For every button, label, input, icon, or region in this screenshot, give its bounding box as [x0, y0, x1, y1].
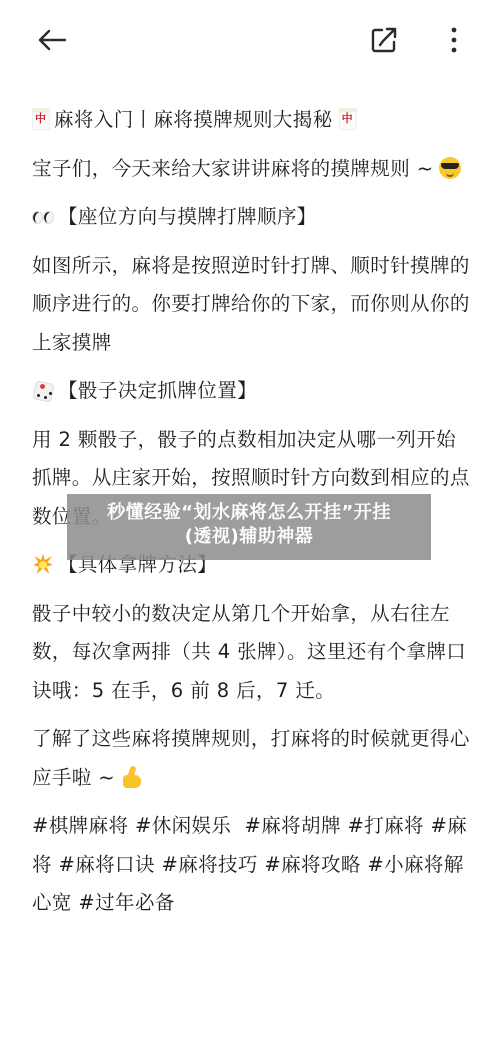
section-heading-text: 【骰子决定抓牌位置】 [58, 379, 257, 402]
hashtag[interactable]: #休闲娱乐 [135, 814, 231, 837]
more-options-button[interactable] [436, 22, 472, 58]
section-heading: 【骰子决定抓牌位置】 [32, 372, 472, 411]
section-body: 如图所示，麻将是按照逆时针打牌、顺时针摸牌的顺序进行的。你要打牌给你的下家，而你… [32, 247, 472, 363]
post-intro: 宝子们，今天来给大家讲讲麻将的摸牌规则 ~ [32, 150, 472, 189]
top-app-bar [0, 0, 500, 80]
dice-icon [32, 379, 54, 401]
hashtag[interactable]: #过年必备 [78, 891, 174, 914]
section-heading-text: 【座位方向与摸牌打牌顺序】 [58, 205, 317, 228]
share-button[interactable] [366, 22, 402, 58]
overlay-banner: 秒懂经验“划水麻将怎么开挂”开挂 (透视)辅助神器 [67, 494, 431, 560]
section-heading: 【座位方向与摸牌打牌顺序】 [32, 198, 472, 237]
share-external-icon [370, 26, 398, 54]
intro-text: 宝子们，今天来给大家讲讲麻将的摸牌规则 ~ [32, 157, 433, 180]
sunglasses-face-icon [439, 157, 461, 179]
post-title: 麻将入门丨麻将摸牌规则大揭秘 [32, 101, 472, 140]
post-title-text: 麻将入门丨麻将摸牌规则大揭秘 [54, 108, 333, 131]
section-body: 骰子中较小的数决定从第几个开始拿，从右往左数，每次拿两排（共 4 张牌）。这里还… [32, 595, 472, 711]
collision-icon [32, 553, 54, 575]
hashtag-list: #棋牌麻将 #休闲娱乐 #麻将胡牌 #打麻将 #麻将 #麻将口诀 #麻将技巧 #… [32, 807, 472, 923]
hashtag[interactable]: #打麻将 [347, 814, 423, 837]
eyes-icon [32, 205, 54, 227]
hashtag[interactable]: #棋牌麻将 [32, 814, 128, 837]
mahjong-tile-icon [32, 108, 50, 130]
mahjong-tile-icon [339, 108, 357, 130]
more-vertical-icon [450, 26, 458, 54]
hashtag[interactable]: #麻将胡牌 [245, 814, 341, 837]
closing-text: 了解了这些麻将摸牌规则，打麻将的时候就更得心应手啦 ~ [32, 727, 470, 789]
banner-line-1: 秒懂经验“划水麻将怎么开挂”开挂 [67, 501, 431, 525]
hashtag[interactable]: #麻将技巧 [161, 853, 257, 876]
hashtag[interactable]: #麻将口诀 [59, 853, 155, 876]
thumbs-up-icon [121, 766, 143, 788]
banner-line-2: (透视)辅助神器 [67, 525, 431, 549]
back-button[interactable] [34, 22, 70, 58]
post-closing: 了解了这些麻将摸牌规则，打麻将的时候就更得心应手啦 ~ [32, 720, 472, 797]
hashtag[interactable]: #麻将攻略 [264, 853, 360, 876]
arrow-left-icon [36, 28, 68, 52]
